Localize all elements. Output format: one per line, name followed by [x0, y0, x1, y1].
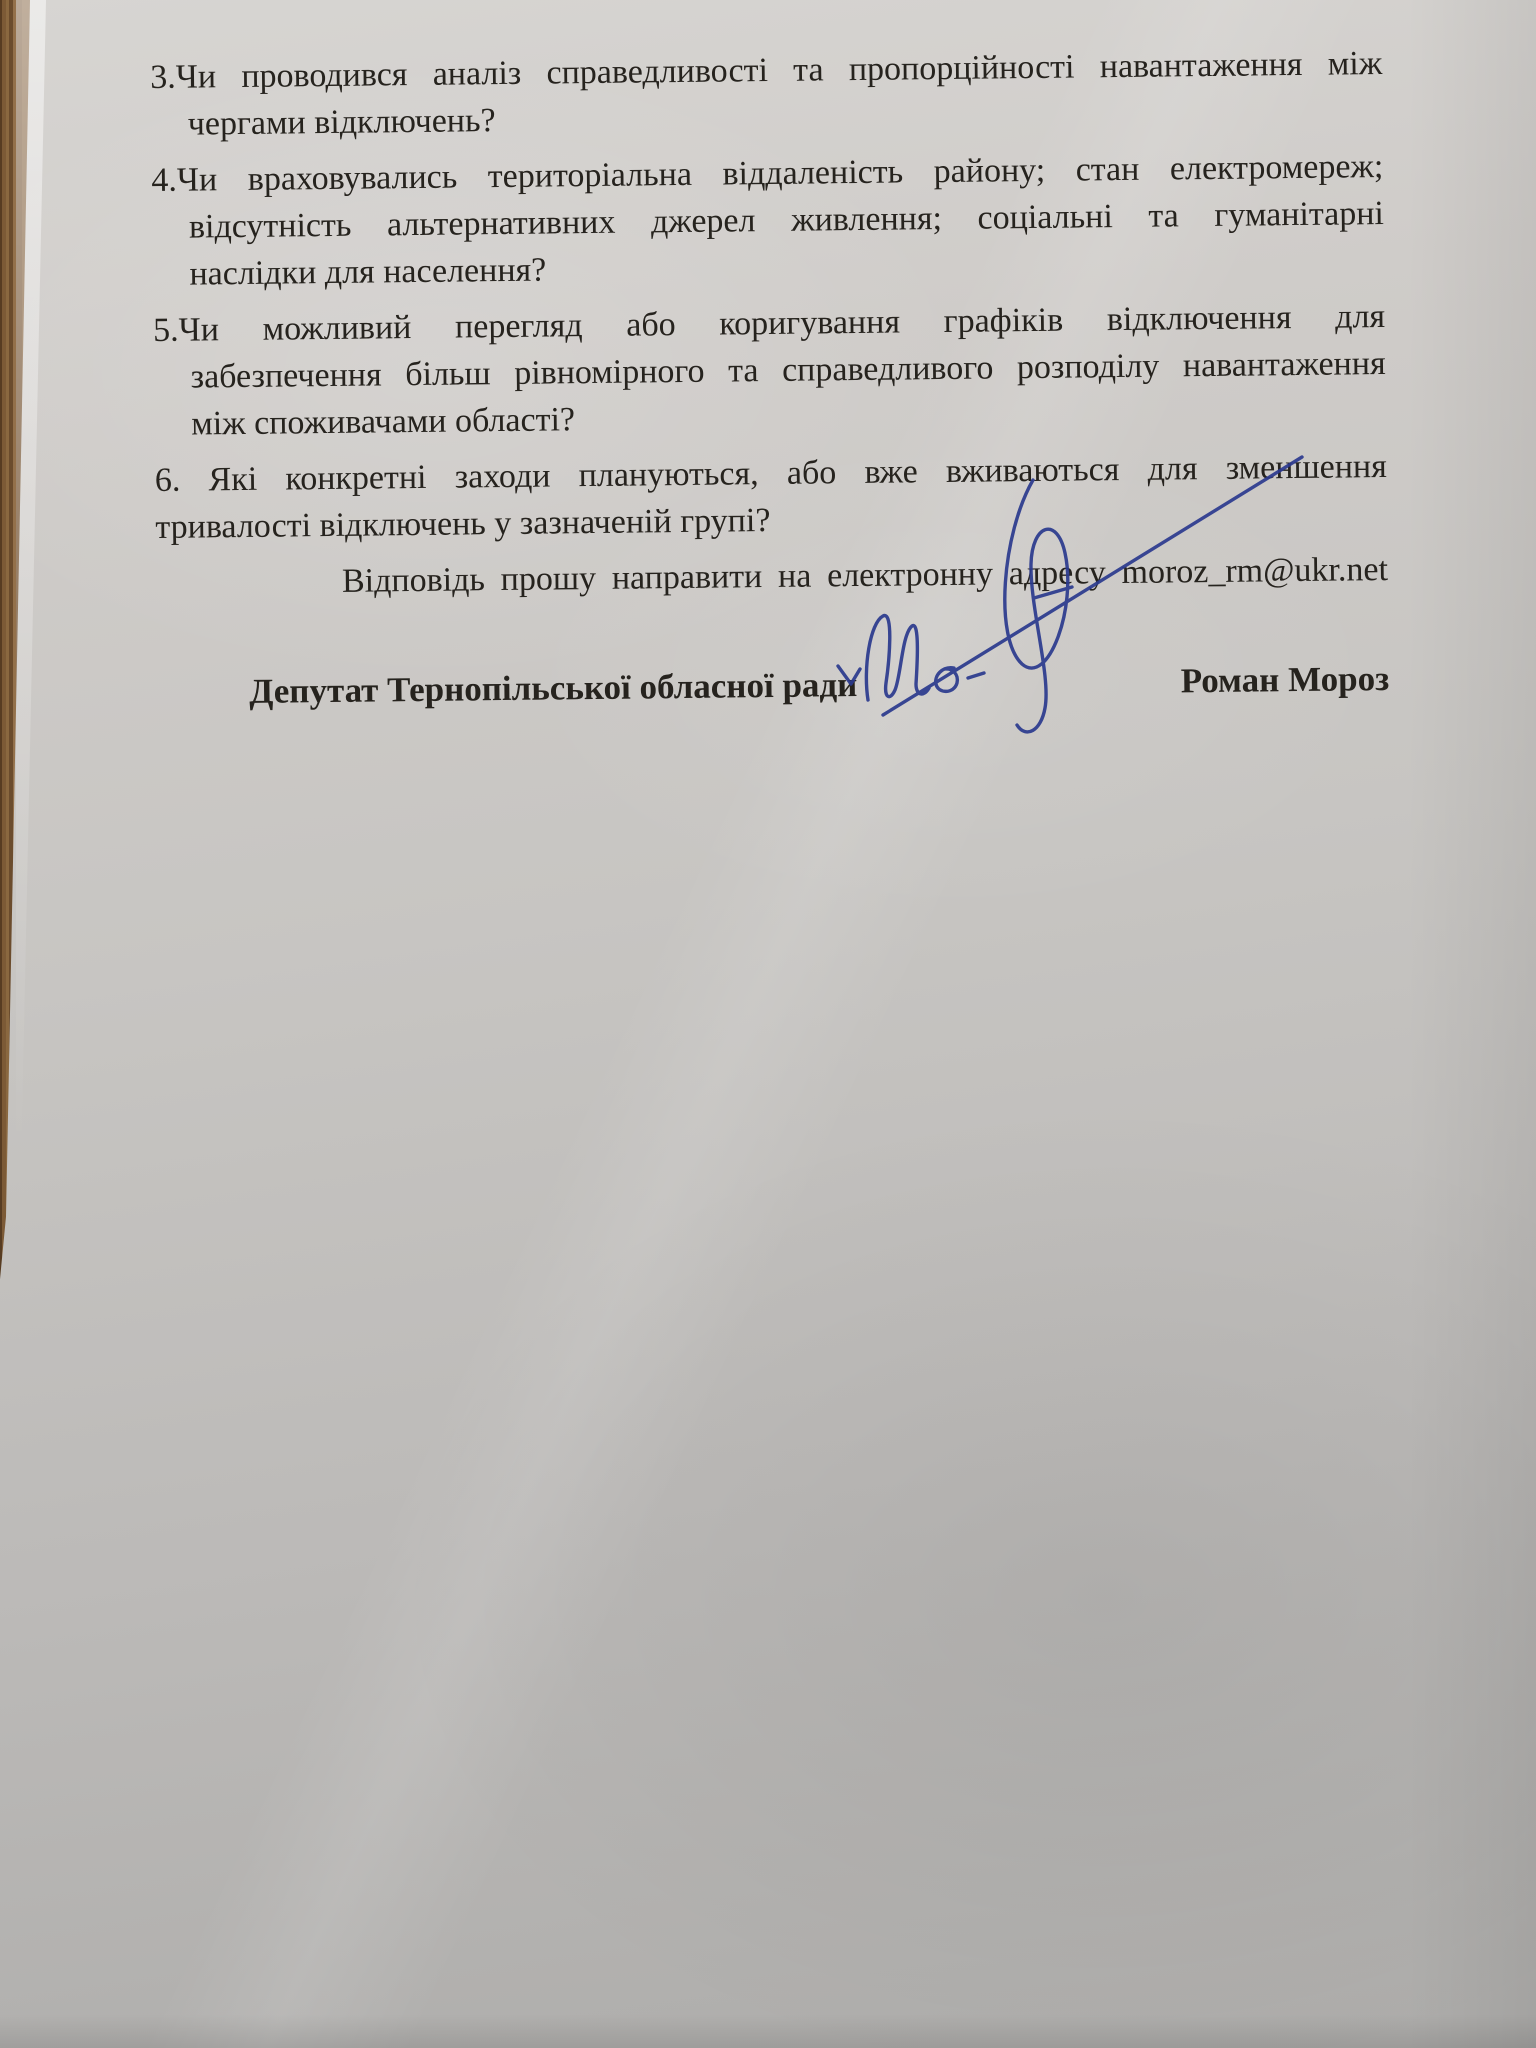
- signatory-position-title: Депутат Тернопільської обласної ради: [157, 661, 858, 716]
- document-body-text: 3.Чи проводився аналіз справедливості та…: [150, 40, 1389, 716]
- question-item-6: 6. Які конкретні заходи плануються, або …: [155, 443, 1388, 551]
- question-item-5: 5.Чи можливий перегляд або коригування г…: [153, 293, 1387, 448]
- photographed-document-page: 3.Чи проводився аналіз справедливості та…: [0, 0, 1536, 2048]
- signatory-name: Роман Мороз: [1180, 655, 1389, 704]
- paper-edge-highlight: [16, 0, 46, 1150]
- signature-block: Депутат Тернопільської обласної ради Ром…: [157, 655, 1389, 716]
- question-item-3: 3.Чи проводився аналіз справедливості та…: [150, 40, 1383, 148]
- question-item-4: 4.Чи враховувались територіальна віддале…: [151, 143, 1385, 298]
- closing-line-with-email: Відповідь прошу направити на електронну …: [156, 546, 1388, 607]
